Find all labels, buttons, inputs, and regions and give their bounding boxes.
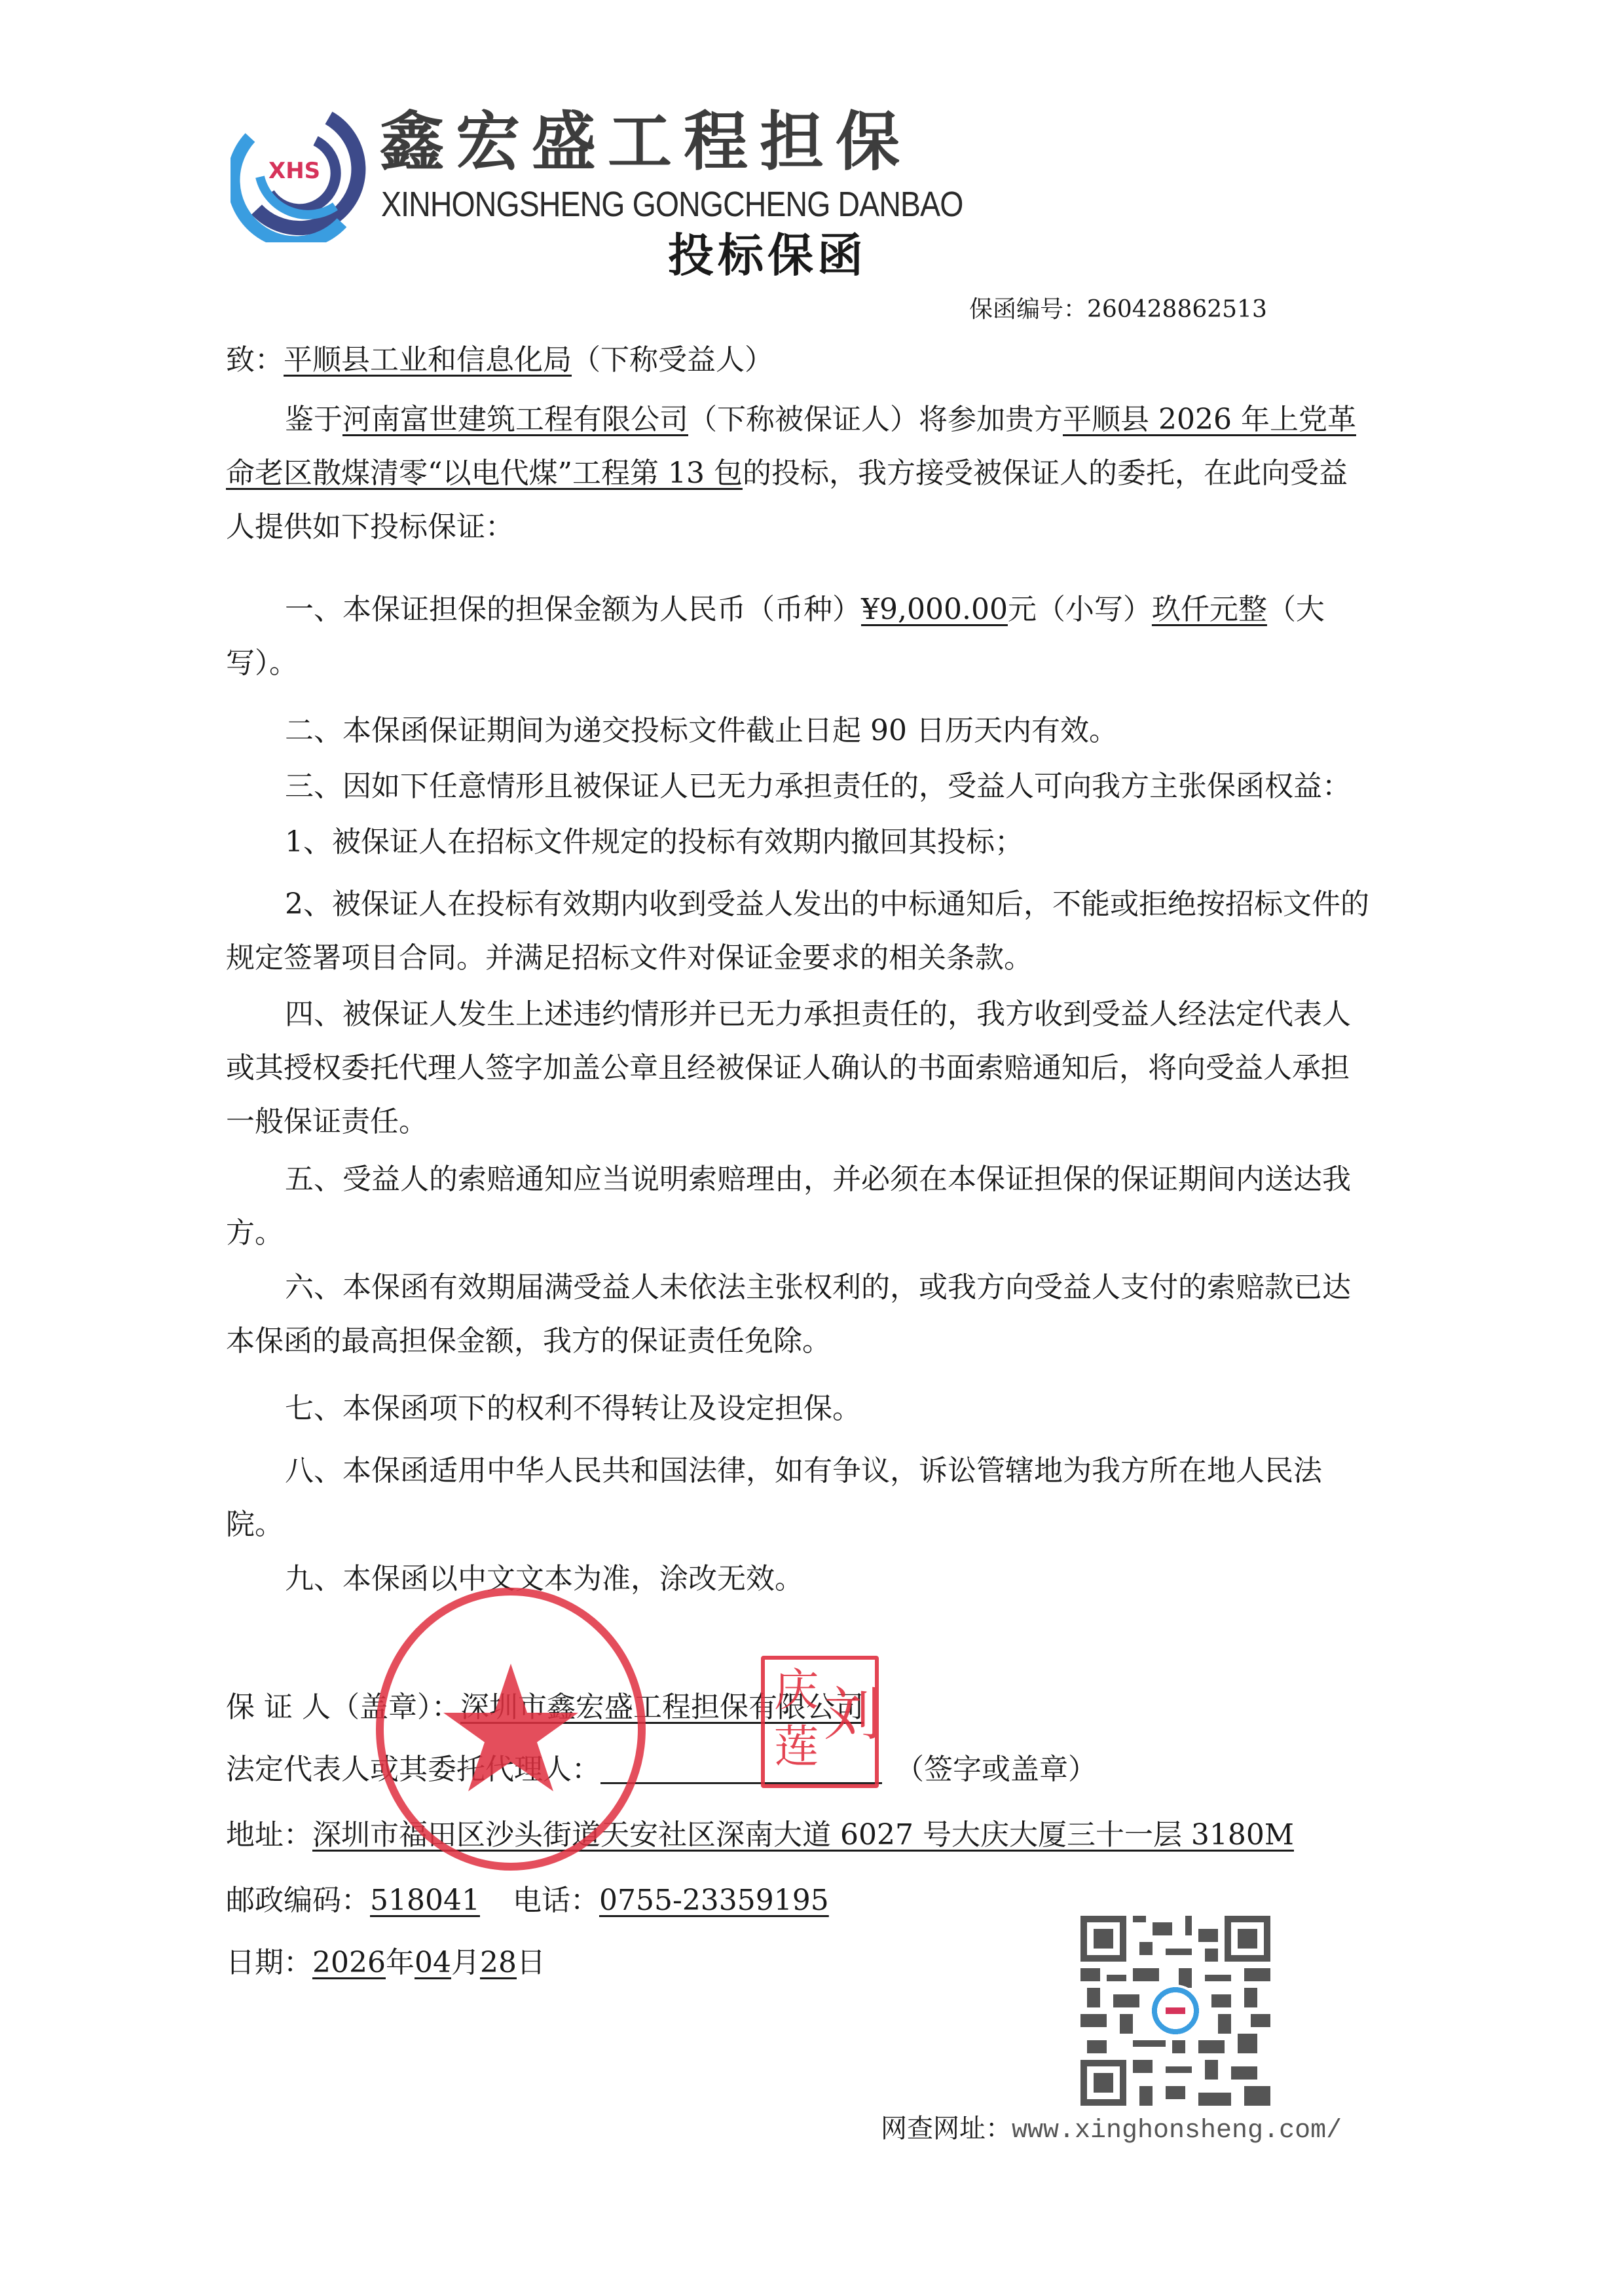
clause-4: 四、被保证人发生上述违约情形并已无力承担责任的，我方收到受益人经法定代表人或其授… bbox=[226, 988, 1375, 1149]
brand-name-en: XINHONGSHENG GONGCHENG DANBAO bbox=[381, 187, 963, 222]
phone-value: 0755-23359195 bbox=[599, 1884, 829, 1917]
personal-seal-icon: 庆 莲 刘 bbox=[761, 1656, 879, 1788]
amount-figures: ¥9,000.00 bbox=[861, 593, 1008, 626]
contact-line: 邮政编码：518041电话：0755-23359195 bbox=[226, 1886, 829, 1915]
verification-website: 网查网址：www.xinghonsheng.com/ bbox=[881, 2116, 1342, 2144]
clause-7: 七、本保函项下的权利不得转让及设定担保。 bbox=[226, 1382, 1375, 1436]
clause-2: 二、本保函保证期间为递交投标文件截止日起 90 日历天内有效。 bbox=[226, 704, 1375, 758]
qr-code-icon[interactable] bbox=[1080, 1916, 1270, 2106]
representative-line: 法定代表人或其委托代理人：（签字或盖章） bbox=[226, 1755, 1097, 1784]
brand-name-cn: 鑫宏盛工程担保 bbox=[380, 110, 912, 174]
company-seal-icon bbox=[370, 1585, 652, 1873]
principal-name: 河南富世建筑工程有限公司 bbox=[342, 403, 688, 436]
clause-3-1: 1、被保证人在招标文件规定的投标有效期内撤回其投标； bbox=[226, 815, 1375, 869]
clause-3-2: 2、被保证人在投标有效期内收到受益人发出的中标通知后，不能或拒绝按招标文件的规定… bbox=[226, 878, 1375, 985]
beneficiary-name: 平顺县工业和信息化局 bbox=[284, 343, 572, 377]
clause-6: 六、本保函有效期届满受益人未依法主张权利的，或我方向受益人支付的索赔款已达本保函… bbox=[226, 1261, 1375, 1368]
clause-5: 五、受益人的索赔通知应当说明索赔理由，并必须在本保证担保的保证期间内送达我方。 bbox=[226, 1153, 1375, 1260]
clause-1: 一、本保证担保的担保金额为人民币（币种）¥9,000.00元（小写）玖仟元整（大… bbox=[226, 583, 1375, 690]
website-link[interactable]: www.xinghonsheng.com/ bbox=[1012, 2116, 1342, 2146]
document-title: 投标保函 bbox=[668, 233, 867, 278]
postcode-value: 518041 bbox=[370, 1884, 480, 1917]
date-line: 日期：2026年04月28日 bbox=[226, 1949, 545, 1977]
intro-paragraph: 鉴于河南富世建筑工程有限公司（下称被保证人）将参加贵方平顺县 2026 年上党革… bbox=[226, 393, 1375, 554]
svg-text:XHS: XHS bbox=[268, 158, 320, 184]
company-logo-icon: XHS bbox=[231, 98, 375, 242]
amount-words: 玖仟元整 bbox=[1152, 593, 1267, 626]
clause-8: 八、本保函适用中华人民共和国法律，如有争议，诉讼管辖地为我方所在地人民法院。 bbox=[226, 1444, 1375, 1552]
addressee-line: 致：平顺县工业和信息化局（下称受益人） bbox=[226, 346, 773, 375]
guarantee-number: 保函编号：260428862513 bbox=[969, 298, 1267, 322]
clause-3: 三、因如下任意情形且被保证人已无力承担责任的，受益人可向我方主张保函权益： bbox=[226, 760, 1375, 813]
